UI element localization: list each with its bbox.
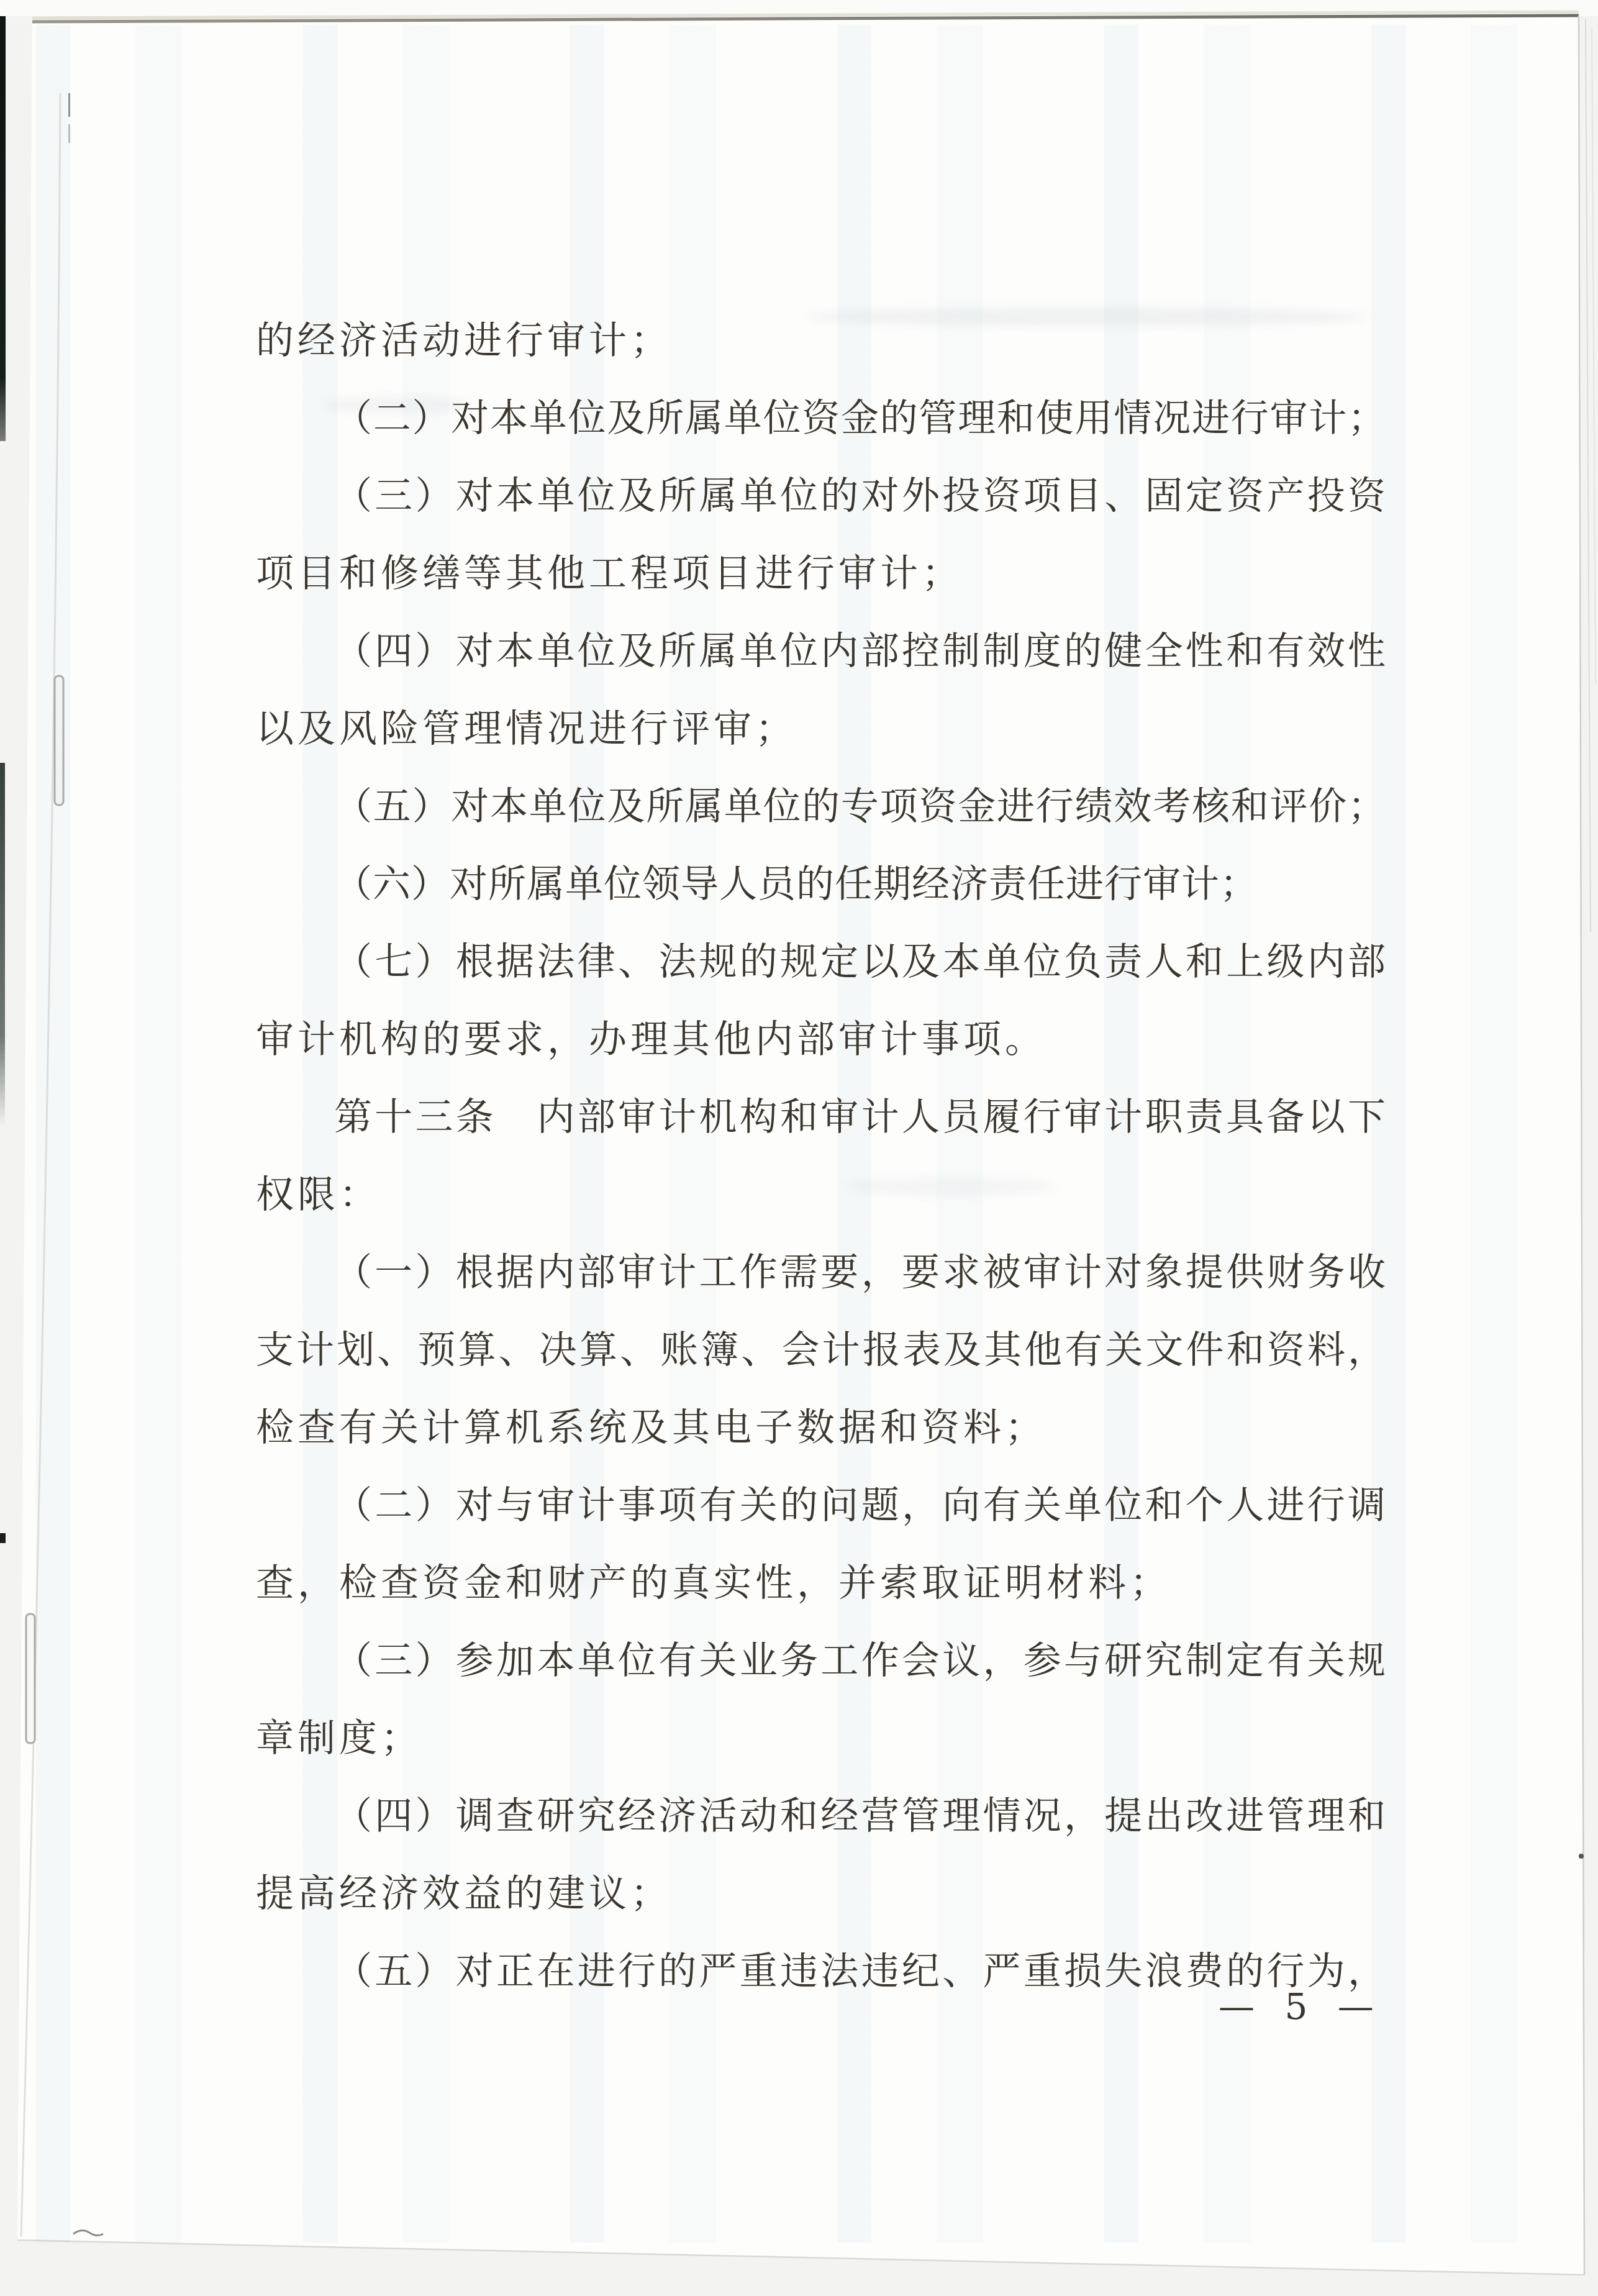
text-line: （五）对正在进行的严重违法违纪、严重损失浪费的行为，: [256, 1933, 1386, 2010]
scan-blemish: [1579, 1854, 1584, 1859]
staple-icon: [55, 676, 63, 805]
scan-blemish: [68, 124, 70, 143]
text-line: 权限：: [256, 1156, 1386, 1234]
text-line: （一）根据内部审计工作需要，要求被审计对象提供财务收: [256, 1234, 1386, 1311]
text-line: 以及风险管理情况进行评审；: [256, 690, 1386, 768]
text-line: 第十三条 内部审计机构和审计人员履行审计职责具备以下: [256, 1078, 1386, 1156]
text-line: （七）根据法律、法规的规定以及本单位负责人和上级内部: [256, 923, 1386, 1001]
text-line: 的经济活动进行审计；: [256, 302, 1386, 380]
text-line: （五）对本单位及所属单位的专项资金进行绩效考核和评价；: [256, 768, 1386, 845]
spine-shadow-dash: [0, 1533, 6, 1543]
spine-shadow-upper: [0, 16, 6, 441]
text-line: 检查有关计算机系统及其电子数据和资料；: [256, 1389, 1386, 1467]
text-line: （二）对本单位及所属单位资金的管理和使用情况进行审计；: [256, 380, 1386, 457]
text-line: （二）对与审计事项有关的问题，向有关单位和个人进行调: [256, 1467, 1386, 1544]
text-line: 审计机构的要求，办理其他内部审计事项。: [256, 1001, 1386, 1078]
spine-shadow-lower: [0, 763, 5, 1126]
scan-blemish: [68, 93, 70, 117]
text-line: （四）调查研究经济活动和经营管理情况，提出改进管理和: [256, 1777, 1386, 1855]
text-line: （六）对所属单位领导人员的任期经济责任进行审计；: [256, 845, 1386, 923]
text-line: （三）对本单位及所属单位的对外投资项目、固定资产投资: [256, 457, 1386, 535]
text-line: 支计划、预算、决算、账簿、会计报表及其他有关文件和资料，: [256, 1311, 1386, 1389]
page-number: — 5 —: [1219, 1985, 1375, 2028]
text-line: （四）对本单位及所属单位内部控制制度的健全性和有效性: [256, 613, 1386, 690]
text-line: 章制度；: [256, 1700, 1386, 1777]
document-body-text: 的经济活动进行审计； （二）对本单位及所属单位资金的管理和使用情况进行审计； （…: [256, 302, 1386, 2010]
scanned-document-page: 的经济活动进行审计； （二）对本单位及所属单位资金的管理和使用情况进行审计； （…: [0, 0, 1598, 2296]
text-line: 项目和修缮等其他工程项目进行审计；: [256, 535, 1386, 613]
staple-icon: [26, 1614, 35, 1743]
text-line: 提高经济效益的建议；: [256, 1855, 1386, 1933]
text-line: （三）参加本单位有关业务工作会议，参与研究制定有关规: [256, 1622, 1386, 1700]
text-line: 查，检查资金和财产的真实性，并索取证明材料；: [256, 1544, 1386, 1622]
